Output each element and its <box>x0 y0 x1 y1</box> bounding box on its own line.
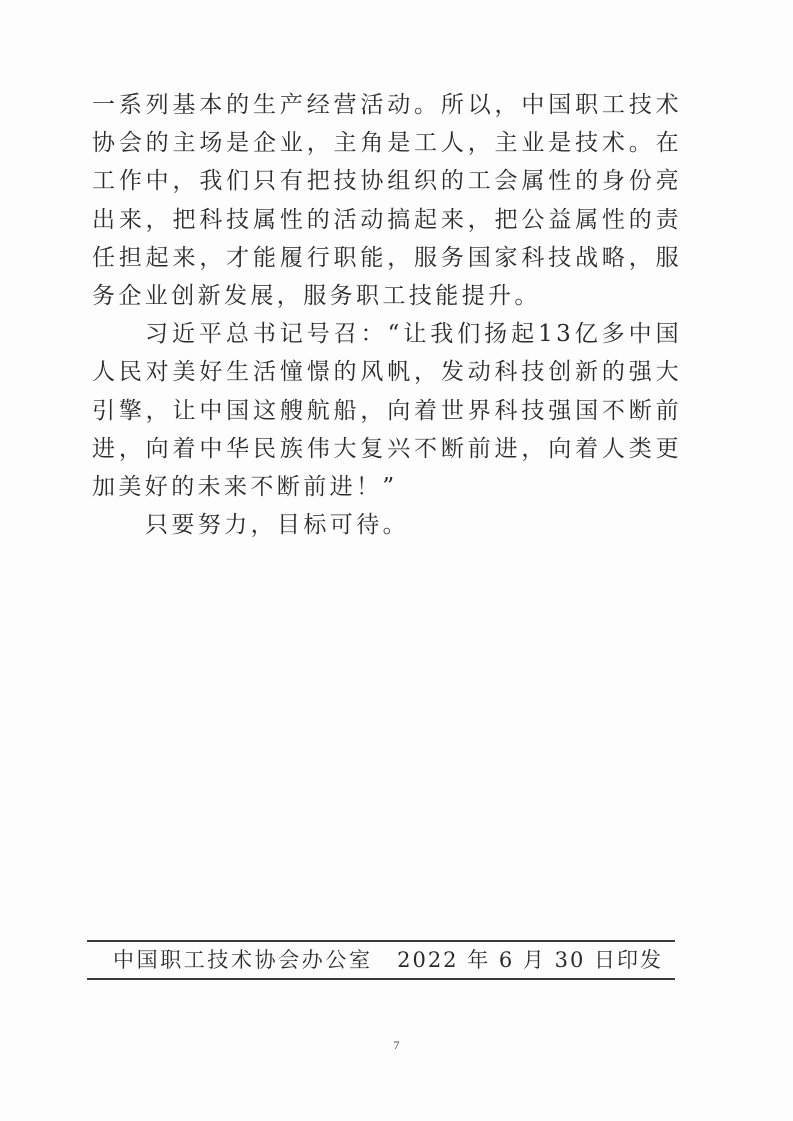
footer-bottom-rule <box>87 978 675 980</box>
issue-date: 2022 年 6 月 30 日印发 <box>397 943 663 977</box>
paragraph-closing: 只要努力，目标可待。 <box>92 506 682 544</box>
issuance-footer: 中国职工技术协会办公室 2022 年 6 月 30 日印发 <box>87 943 675 977</box>
footer-top-rule <box>87 940 675 942</box>
document-body: 一系列基本的生产经营活动。所以，中国职工技术协会的主场是企业，主角是工人，主业是… <box>92 86 682 544</box>
issuer-name: 中国职工技术协会办公室 <box>113 943 373 977</box>
paragraph-mission: 一系列基本的生产经营活动。所以，中国职工技术协会的主场是企业，主角是工人，主业是… <box>92 86 682 315</box>
page-number: 7 <box>0 1038 793 1053</box>
document-page: 一系列基本的生产经营活动。所以，中国职工技术协会的主场是企业，主角是工人，主业是… <box>0 0 793 1121</box>
paragraph-quote: 习近平总书记号召：“让我们扬起13亿多中国人民对美好生活憧憬的风帆，发动科技创新… <box>92 315 682 506</box>
